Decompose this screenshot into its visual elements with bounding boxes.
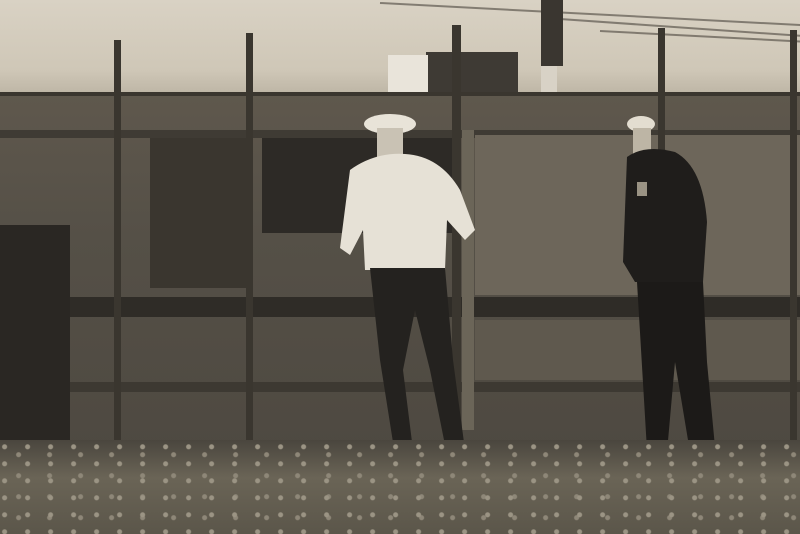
doorway (0, 225, 70, 440)
rooftop-light-box (388, 55, 428, 92)
fence-pole (790, 30, 797, 440)
chimney (541, 0, 563, 66)
man-dark-uniform (615, 112, 725, 462)
boarded-window (150, 138, 250, 288)
ground-debris (0, 440, 800, 534)
man-white-shirt (335, 110, 485, 465)
fence-pole (246, 33, 253, 443)
photograph (0, 0, 800, 534)
chimney-base (541, 66, 557, 92)
rooftop-structure (426, 52, 518, 94)
fence-pole (114, 40, 121, 440)
